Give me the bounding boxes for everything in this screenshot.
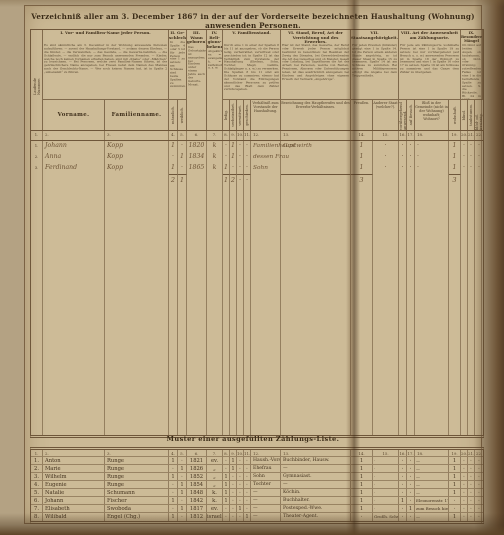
- sample-cell: ·: [468, 457, 475, 465]
- empty-cell: [281, 187, 351, 435]
- sample-cell: ·: [468, 481, 475, 489]
- sample-cell: 1821: [187, 457, 207, 465]
- column-number: 12.: [251, 450, 281, 457]
- sum-cell: [407, 174, 415, 187]
- sample-cell: 1: [169, 473, 178, 481]
- sample-cell: ·: [373, 481, 399, 489]
- sample-cell: Eugenie: [43, 481, 105, 489]
- group-6-note: Hier ist der Stand, das Gewerbe, der Ber…: [281, 43, 351, 100]
- column-number: 5.: [178, 450, 187, 457]
- sample-cell: —: [251, 513, 281, 521]
- group-7-title: VII. Staatsangehörigkeit.: [351, 30, 399, 43]
- sample-cell: 7.: [31, 505, 43, 513]
- column-number: 4.: [169, 450, 178, 457]
- sample-cell: Runge: [105, 481, 169, 489]
- sample-cell: 5.: [31, 489, 43, 497]
- subhead-verheirathet: verheirathet.: [230, 100, 237, 130]
- column-number: 18.: [415, 131, 449, 140]
- sample-cell: ·: [373, 505, 399, 513]
- column-number: 20.: [461, 450, 468, 457]
- sample-cell: Elisabeth: [43, 505, 105, 513]
- sample-cell: ·: [230, 473, 237, 481]
- subhead-ledig: ledig.: [223, 100, 230, 130]
- sample-cell: ev.: [207, 457, 223, 465]
- subhead-verwittwet: verwittwet.: [237, 100, 244, 130]
- subhead-besuch: auf Besuch.: [407, 100, 415, 130]
- sample-cell: 1: [237, 505, 244, 513]
- sample-cell: ·: [461, 513, 468, 521]
- sample-cell: 1812: [187, 513, 207, 521]
- sample-table: 1.2.3.4.5.6.7.8.9.10.11.12.13.14.15.16.1…: [30, 447, 484, 524]
- sample-cell: ·: [461, 489, 468, 497]
- sample-cell: Wilhelm: [43, 473, 105, 481]
- entry-cell: ·: [373, 141, 399, 152]
- sample-cell: Runge: [105, 457, 169, 465]
- sample-cell: —: [415, 489, 449, 497]
- entry-cell: Familienhaupt: [251, 141, 281, 152]
- subhead-blind: blind.: [461, 100, 468, 130]
- entry-cell: 1: [449, 141, 461, 152]
- sample-cell: Buchhalter.: [281, 497, 351, 505]
- sum-cell: [187, 174, 207, 187]
- sample-cell: 3.: [31, 473, 43, 481]
- sum-cell: [281, 174, 351, 187]
- sample-cell: ·: [230, 505, 237, 513]
- sample-cell: 1842: [187, 497, 207, 505]
- census-table-header: Laufende Nummer. I. Vor- und Familien-Na…: [31, 30, 483, 130]
- sample-cell: ·: [407, 457, 415, 465]
- subhead-voruebergehend: vorübergehend anwesend.: [399, 100, 407, 130]
- column-number: 18.: [415, 450, 449, 457]
- entry-cell: ·: [468, 152, 475, 163]
- column-number: 9.: [230, 450, 237, 457]
- column-number: 22.: [475, 450, 483, 457]
- sample-cell: ·: [223, 513, 230, 521]
- entry-cell: 1: [178, 152, 187, 163]
- column-number: 12.: [251, 131, 281, 140]
- sample-cell: ·: [475, 505, 483, 513]
- sample-cell: ·: [475, 481, 483, 489]
- sample-cell: 1854: [187, 481, 207, 489]
- sample-cell: 2.: [31, 465, 43, 473]
- group-9-note: Ob blind auf beiden Augen, ob taubstumm,…: [461, 43, 483, 100]
- sample-cell: 1: [223, 481, 230, 489]
- sample-cell: ·: [178, 513, 187, 521]
- sample-cell: 1: [399, 497, 407, 505]
- entry-cell: ·: [237, 152, 244, 163]
- sum-cell: 1: [178, 174, 187, 187]
- subhead-male: männlich.: [169, 100, 178, 130]
- group-9-title: IX. Besondere Mängel einzelner Personen.: [461, 30, 483, 43]
- column-number: 6.: [187, 131, 207, 140]
- entry-cell: ·: [178, 141, 187, 152]
- sample-cell: ·: [399, 465, 407, 473]
- sample-cell: „: [207, 481, 223, 489]
- sample-cell: ·: [468, 465, 475, 473]
- entry-cell: ·: [244, 141, 251, 152]
- sample-cell: ·: [223, 457, 230, 465]
- column-number: 20.: [461, 131, 468, 140]
- subhead-beruf: Bezeichnung des Hauptberufes und des Erw…: [281, 100, 351, 130]
- sample-cell: 1: [449, 481, 461, 489]
- empty-cell: [223, 187, 230, 435]
- row-number-label: Laufende Nummer.: [33, 66, 41, 95]
- sample-cell: 1: [449, 465, 461, 473]
- sample-cell: ·: [373, 473, 399, 481]
- column-number: 19.: [449, 450, 461, 457]
- entry-cell: ·: [475, 152, 483, 163]
- sample-cell: zum Besuch hier.: [415, 505, 449, 513]
- entry-cell: 1: [351, 163, 373, 174]
- entry-cell: k: [207, 152, 223, 163]
- column-number: 3.: [105, 131, 169, 140]
- subhead-taubstumm: taubstumm.: [468, 100, 475, 130]
- sample-cell: ·: [237, 465, 244, 473]
- page-title: Verzeichniß aller am 3. December 1867 in…: [29, 12, 477, 30]
- column-number-row: 1.2.3.4.5.6.7.8.9.10.11.12.13.14.15.16.1…: [31, 130, 483, 141]
- column-number: 6.: [187, 450, 207, 457]
- sample-title: Muster einer ausgefüllten Zählungs-Liste…: [29, 435, 477, 443]
- entry-cell: 1: [449, 163, 461, 174]
- entry-cell: ·: [461, 141, 468, 152]
- scanned-census-page: Verzeichniß aller am 3. December 1867 in…: [0, 0, 504, 535]
- empty-cell: [178, 187, 187, 435]
- sample-cell: ·: [237, 481, 244, 489]
- empty-cell: [244, 187, 251, 435]
- subhead-geschieden: geschieden.: [244, 100, 251, 130]
- sample-cell: ·: [407, 489, 415, 497]
- group-2-header: II. Ge- schlecht.In die Spalte 4 oder 5 …: [169, 30, 187, 100]
- sample-cell: ·: [230, 513, 237, 521]
- sample-cell: ·: [475, 513, 483, 521]
- column-number: 14.: [351, 131, 373, 140]
- sample-cell: —: [415, 513, 449, 521]
- sample-cell: 1: [230, 465, 237, 473]
- column-number: 14.: [351, 450, 373, 457]
- entry-cell: Johann: [43, 141, 105, 152]
- group-8-note: Für jede am Zählungsorte wohnhafte Perso…: [399, 43, 461, 100]
- sum-cell: 1: [223, 174, 230, 187]
- sample-cell: 1: [169, 497, 178, 505]
- sample-cell: Fischer: [105, 497, 169, 505]
- sample-cell: 1: [351, 505, 373, 513]
- entry-cell: 2.: [31, 152, 43, 163]
- column-number: 1.: [31, 131, 43, 140]
- sample-cell: ·: [399, 457, 407, 465]
- entry-cell: ·: [399, 141, 407, 152]
- column-number: 7.: [207, 450, 223, 457]
- sample-cell: 1: [351, 473, 373, 481]
- entry-cell: ·: [169, 152, 178, 163]
- entry-cell: Kopp: [105, 141, 169, 152]
- sample-cell: ·: [461, 505, 468, 513]
- column-number: 21.: [468, 450, 475, 457]
- sum-cell: [475, 174, 483, 187]
- sample-cell: —: [415, 465, 449, 473]
- sample-cell: ·: [468, 473, 475, 481]
- column-number: 1.: [31, 450, 43, 457]
- empty-cell: [449, 187, 461, 435]
- column-number: 8.: [223, 450, 230, 457]
- sum-cell: 3: [449, 174, 461, 187]
- sample-cell: ·: [223, 505, 230, 513]
- entry-cell: [281, 152, 351, 163]
- sample-cell: Ehefrau: [251, 465, 281, 473]
- sample-cell: „: [207, 465, 223, 473]
- sample-cell: ·: [373, 497, 399, 505]
- entry-cell: ·: [415, 152, 449, 163]
- subhead-gemeinde: Bloß in der Gemeinde (nicht in der Wohnu…: [415, 100, 449, 130]
- sample-cell: 1: [230, 457, 237, 465]
- sample-cell: ·: [244, 473, 251, 481]
- empty-cell: [169, 187, 178, 435]
- empty-cell: [399, 187, 407, 435]
- entry-cell: 1: [449, 152, 461, 163]
- sample-cell: ·: [399, 481, 407, 489]
- subhead-preussen: Preußen.: [351, 100, 373, 130]
- sample-cell: —: [251, 505, 281, 513]
- sample-cell: 1: [449, 457, 461, 465]
- sample-cell: Marie: [43, 465, 105, 473]
- entry-cell: ·: [237, 141, 244, 152]
- sample-cell: ·: [169, 481, 178, 489]
- sample-cell: Tochter: [251, 481, 281, 489]
- empty-cell: [230, 187, 237, 435]
- sum-cell: 2: [169, 174, 178, 187]
- sum-cell: 2: [230, 174, 237, 187]
- entry-cell: 1: [230, 152, 237, 163]
- sum-cell: [461, 174, 468, 187]
- sample-cell: ·: [468, 505, 475, 513]
- sample-cell: 1: [407, 505, 415, 513]
- column-number: 16.: [399, 450, 407, 457]
- sample-cell: Engel (Chg.): [105, 513, 169, 521]
- sample-cell: ·: [230, 489, 237, 497]
- sample-cell: ·: [468, 489, 475, 497]
- entry-cell: ·: [407, 141, 415, 152]
- sample-cell: 1: [178, 465, 187, 473]
- sample-cell: ·: [373, 489, 399, 497]
- census-table: Laufende Nummer. I. Vor- und Familien-Na…: [30, 29, 484, 438]
- sample-cell: 1852: [187, 473, 207, 481]
- sample-cell: ·: [468, 513, 475, 521]
- sample-cell: 1: [223, 497, 230, 505]
- sum-cell: ·: [237, 174, 244, 187]
- sample-cell: 4.: [31, 481, 43, 489]
- sample-cell: k.: [207, 497, 223, 505]
- entry-cell: 1: [223, 163, 230, 174]
- sample-cell: Haush.-Vorst.: [251, 457, 281, 465]
- sample-cell: ·: [461, 465, 468, 473]
- sample-cell: ·: [399, 473, 407, 481]
- entry-cell: dessen Frau: [251, 152, 281, 163]
- group-1-note: Es sind sämmtliche am 3. December in der…: [43, 43, 169, 100]
- entry-cell: ·: [223, 152, 230, 163]
- sum-cell: [251, 174, 281, 187]
- sample-cell: ·: [475, 457, 483, 465]
- entry-cell: 1.: [31, 141, 43, 152]
- entry-cell: 1: [351, 141, 373, 152]
- sum-cell: [43, 174, 105, 187]
- sample-cell: Wilibald: [43, 513, 105, 521]
- column-number: 19.: [449, 131, 461, 140]
- sample-cell: 1: [169, 457, 178, 465]
- sample-cell: ·: [237, 513, 244, 521]
- sum-cell: ·: [244, 174, 251, 187]
- sample-cell: ·: [468, 497, 475, 505]
- entry-cell: 1: [169, 141, 178, 152]
- sample-cell: 1: [351, 489, 373, 497]
- sample-cell: —: [415, 481, 449, 489]
- col-number-header: Laufende Nummer.: [31, 30, 43, 130]
- sample-cell: ·: [449, 497, 461, 505]
- sum-cell: [105, 174, 169, 187]
- sample-cell: ·: [475, 497, 483, 505]
- sample-cell: ·: [461, 457, 468, 465]
- sample-cell: ev.: [207, 505, 223, 513]
- sample-cell: k.: [207, 489, 223, 497]
- sample-cell: Köchin.: [281, 489, 351, 497]
- column-number: 11.: [244, 450, 251, 457]
- column-number: 10.: [237, 450, 244, 457]
- column-number: 2.: [43, 450, 105, 457]
- sample-cell: ·: [223, 465, 230, 473]
- sample-cell: 1: [449, 489, 461, 497]
- column-number: 8.: [223, 131, 230, 140]
- empty-cell: [468, 187, 475, 435]
- sample-cell: 1: [178, 489, 187, 497]
- sample-cell: Johann: [43, 497, 105, 505]
- entry-cell: ·: [244, 152, 251, 163]
- column-number: 17.: [407, 131, 415, 140]
- entry-cell: ·: [399, 152, 407, 163]
- sample-cell: ·: [351, 513, 373, 521]
- sample-cell: ·: [244, 497, 251, 505]
- entry-cell: ·: [223, 141, 230, 152]
- sample-cell: 1.: [31, 457, 43, 465]
- entry-cell: ·: [475, 141, 483, 152]
- sum-cell: 3: [351, 174, 373, 187]
- sample-cell: ·: [237, 457, 244, 465]
- entry-cell: ·: [373, 152, 399, 163]
- column-number: 21.: [468, 131, 475, 140]
- entry-cell: ·: [468, 141, 475, 152]
- sample-cell: 1: [223, 489, 230, 497]
- group-8-title: VIII. Art der Anwesenheit am Zählungsort…: [399, 30, 461, 43]
- sample-cell: Schumann: [105, 489, 169, 497]
- subhead-irrsinnig: blöd- od. irrsinnig.: [475, 100, 483, 130]
- group-1-title: I. Vor- und Familien-Name jeder Person.: [43, 30, 169, 43]
- sample-cell: ·: [169, 505, 178, 513]
- sample-cell: ·: [237, 473, 244, 481]
- sample-cell: ·: [407, 497, 415, 505]
- column-number: 9.: [230, 131, 237, 140]
- entry-cell: ·: [373, 163, 399, 174]
- sample-cell: ·: [373, 457, 399, 465]
- empty-cell: [351, 187, 373, 435]
- sample-cell: —: [415, 457, 449, 465]
- sum-cell: [207, 174, 223, 187]
- sample-cell: ·: [373, 465, 399, 473]
- subhead-wohnhaft: wohnhaft.: [449, 100, 461, 130]
- entry-cell: ·: [461, 163, 468, 174]
- sample-cell: 1: [169, 513, 178, 521]
- sample-cell: ·: [169, 465, 178, 473]
- empty-cell: [187, 187, 207, 435]
- entry-cell: 3.: [31, 163, 43, 174]
- sum-cell: [415, 174, 449, 187]
- sample-cell: —: [281, 481, 351, 489]
- column-number: 2.: [43, 131, 105, 140]
- group-7-note: Für jeden Preußen (Inländer) genügt eine…: [351, 43, 399, 100]
- entry-cell: 1834: [187, 152, 207, 163]
- sample-cell: ·: [407, 465, 415, 473]
- sample-cell: Anton: [43, 457, 105, 465]
- sum-cell: [31, 174, 43, 187]
- column-number: 3.: [105, 450, 169, 457]
- empty-cell: [475, 187, 483, 435]
- sample-cell: Runge: [105, 473, 169, 481]
- sample-cell: Sohn: [251, 473, 281, 481]
- sample-cell: Großh. Schwerin.: [373, 513, 399, 521]
- sample-cell: ·: [407, 481, 415, 489]
- entry-cell: ·: [475, 163, 483, 174]
- sum-cell: [468, 174, 475, 187]
- empty-cell: [31, 187, 43, 435]
- sample-cell: 1: [178, 505, 187, 513]
- group-5-title: V. Familienstand.: [223, 30, 281, 43]
- sample-cell: —: [251, 489, 281, 497]
- group-5-note: Durch eine 1 in einer der Spalten 8 bis …: [223, 43, 281, 100]
- sample-cell: 1848: [187, 489, 207, 497]
- paper-sheet: Verzeichniß aller am 3. December 1867 in…: [24, 5, 482, 524]
- sample-cell: —: [415, 473, 449, 481]
- column-number: 13.: [281, 131, 351, 140]
- sample-cell: ·: [244, 481, 251, 489]
- entry-cell: k: [207, 141, 223, 152]
- sample-cell: ·: [244, 457, 251, 465]
- empty-cell: [373, 187, 399, 435]
- column-number: 16.: [399, 131, 407, 140]
- empty-cell: [251, 187, 281, 435]
- sample-cell: 1: [449, 513, 461, 521]
- group-6-title: VI. Stand, Beruf, Art der Verrichtung un…: [281, 30, 351, 43]
- sample-cell: 1: [351, 497, 373, 505]
- sample-cell: 1: [351, 481, 373, 489]
- sample-cell: ·: [244, 505, 251, 513]
- sum-cell: [373, 174, 399, 187]
- column-number: 17.: [407, 450, 415, 457]
- sample-cell: ·: [230, 497, 237, 505]
- census-table-body: 1.JohannKopp1·1820k·1··FamilienhauptGast…: [31, 141, 483, 435]
- sample-cell: 6.: [31, 497, 43, 505]
- entry-cell: ·: [237, 163, 244, 174]
- sample-cell: Swoboda: [105, 505, 169, 513]
- entry-cell: ·: [399, 163, 407, 174]
- sample-cell: ·: [461, 481, 468, 489]
- sample-cell: ·: [169, 489, 178, 497]
- sample-cell: 1: [351, 465, 373, 473]
- sample-cell: 1: [449, 473, 461, 481]
- entry-cell: ·: [415, 141, 449, 152]
- entry-cell: ·: [407, 163, 415, 174]
- sample-cell: ·: [178, 497, 187, 505]
- sample-cell: ·: [475, 465, 483, 473]
- entry-cell: Kopp: [105, 152, 169, 163]
- sample-cell: ·: [230, 481, 237, 489]
- subhead-verhaeltnis: Verhältniß zum Vorstande der Haushaltung…: [251, 100, 281, 130]
- empty-cell: [461, 187, 468, 435]
